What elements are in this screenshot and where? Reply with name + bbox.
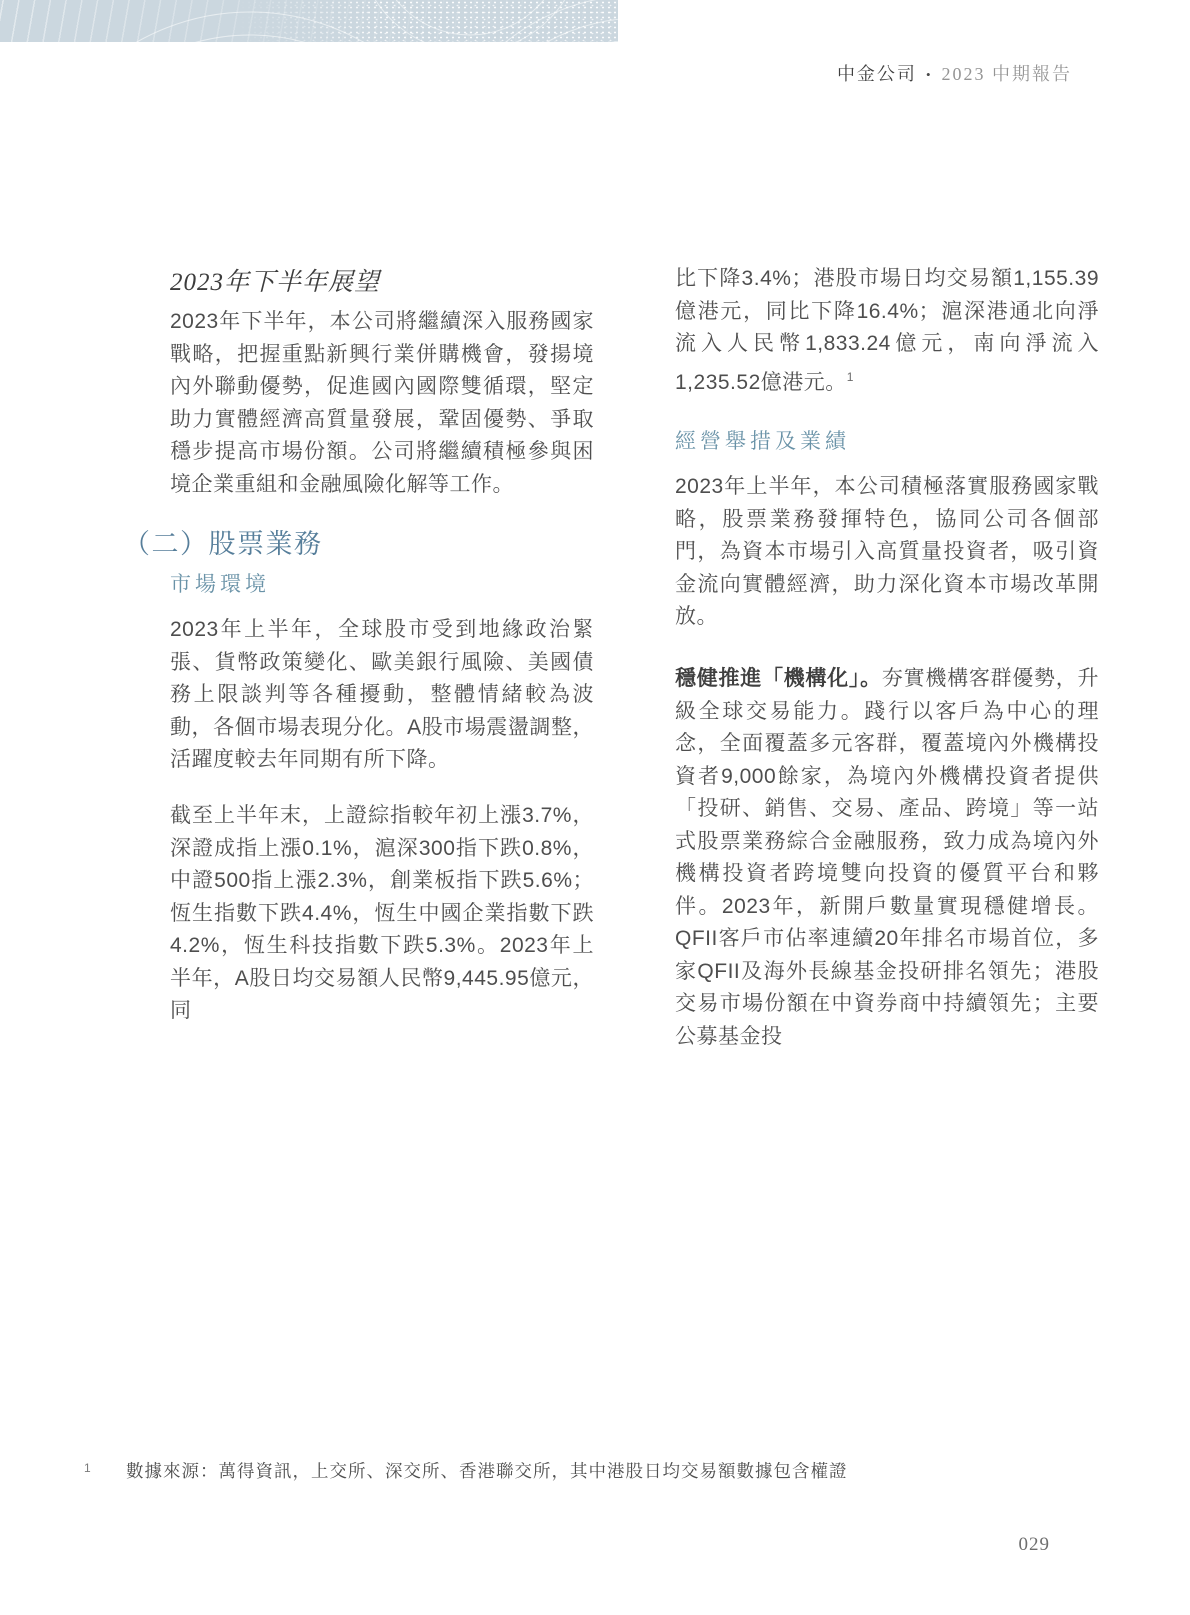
header-report-title: 2023 中期報告: [942, 64, 1073, 84]
report-page: 中金公司•2023 中期報告 2023年下半年展望 2023年下半年，本公司將繼…: [0, 0, 1190, 1615]
institutionalization-paragraph: 穩健推進「機構化」。夯實機構客群優勢，升級全球交易能力。踐行以客戶為中心的理念，…: [675, 663, 1099, 1053]
market-paragraph-1: 2023年上半年，全球股市受到地緣政治緊張、貨幣政策變化、歐美銀行風險、美國債務…: [170, 614, 594, 777]
outlook-paragraph: 2023年下半年，本公司將繼續深入服務國家戰略，把握重點新興行業併購機會，發揚境…: [170, 306, 594, 501]
footnote-reference: 1: [847, 370, 854, 384]
header-company: 中金公司: [837, 64, 917, 84]
subheading-market-environment: 市場環境: [170, 568, 270, 598]
outlook-title: 2023年下半年展望: [170, 262, 380, 298]
page-number: 029: [1019, 1534, 1051, 1556]
wave-arcs-graphic: [0, 0, 618, 42]
footnote-text: 數據來源：萬得資訊，上交所、深交所、香港聯交所，其中港股日均交易額數據包含權證: [126, 1458, 848, 1483]
section-heading-equities: （二）股票業務: [123, 522, 323, 561]
decorative-wave-banner: [0, 0, 618, 42]
market-paragraph-2: 截至上半年末，上證綜指較年初上漲3.7%，深證成指上漲0.1%，滬深300指下跌…: [170, 800, 594, 1028]
continued-paragraph: 比下降3.4%；港股市場日均交易額1,155.39億港元，同比下降16.4%；滬…: [675, 263, 1099, 399]
header-bullet: •: [926, 67, 933, 82]
operations-paragraph: 2023年上半年，本公司積極落實服務國家戰略，股票業務發揮特色，協同公司各個部門…: [675, 471, 1099, 634]
footnote-marker: 1: [84, 1461, 91, 1475]
subheading-operations-results: 經營舉措及業績: [675, 425, 850, 455]
institutionalization-lead: 穩健推進「機構化」。: [675, 667, 882, 690]
continued-paragraph-text: 比下降3.4%；港股市場日均交易額1,155.39億港元，同比下降16.4%；滬…: [675, 267, 1099, 394]
institutionalization-body: 夯實機構客群優勢，升級全球交易能力。踐行以客戶為中心的理念，全面覆蓋多元客群，覆…: [675, 667, 1099, 1048]
running-header: 中金公司•2023 中期報告: [837, 60, 1072, 86]
